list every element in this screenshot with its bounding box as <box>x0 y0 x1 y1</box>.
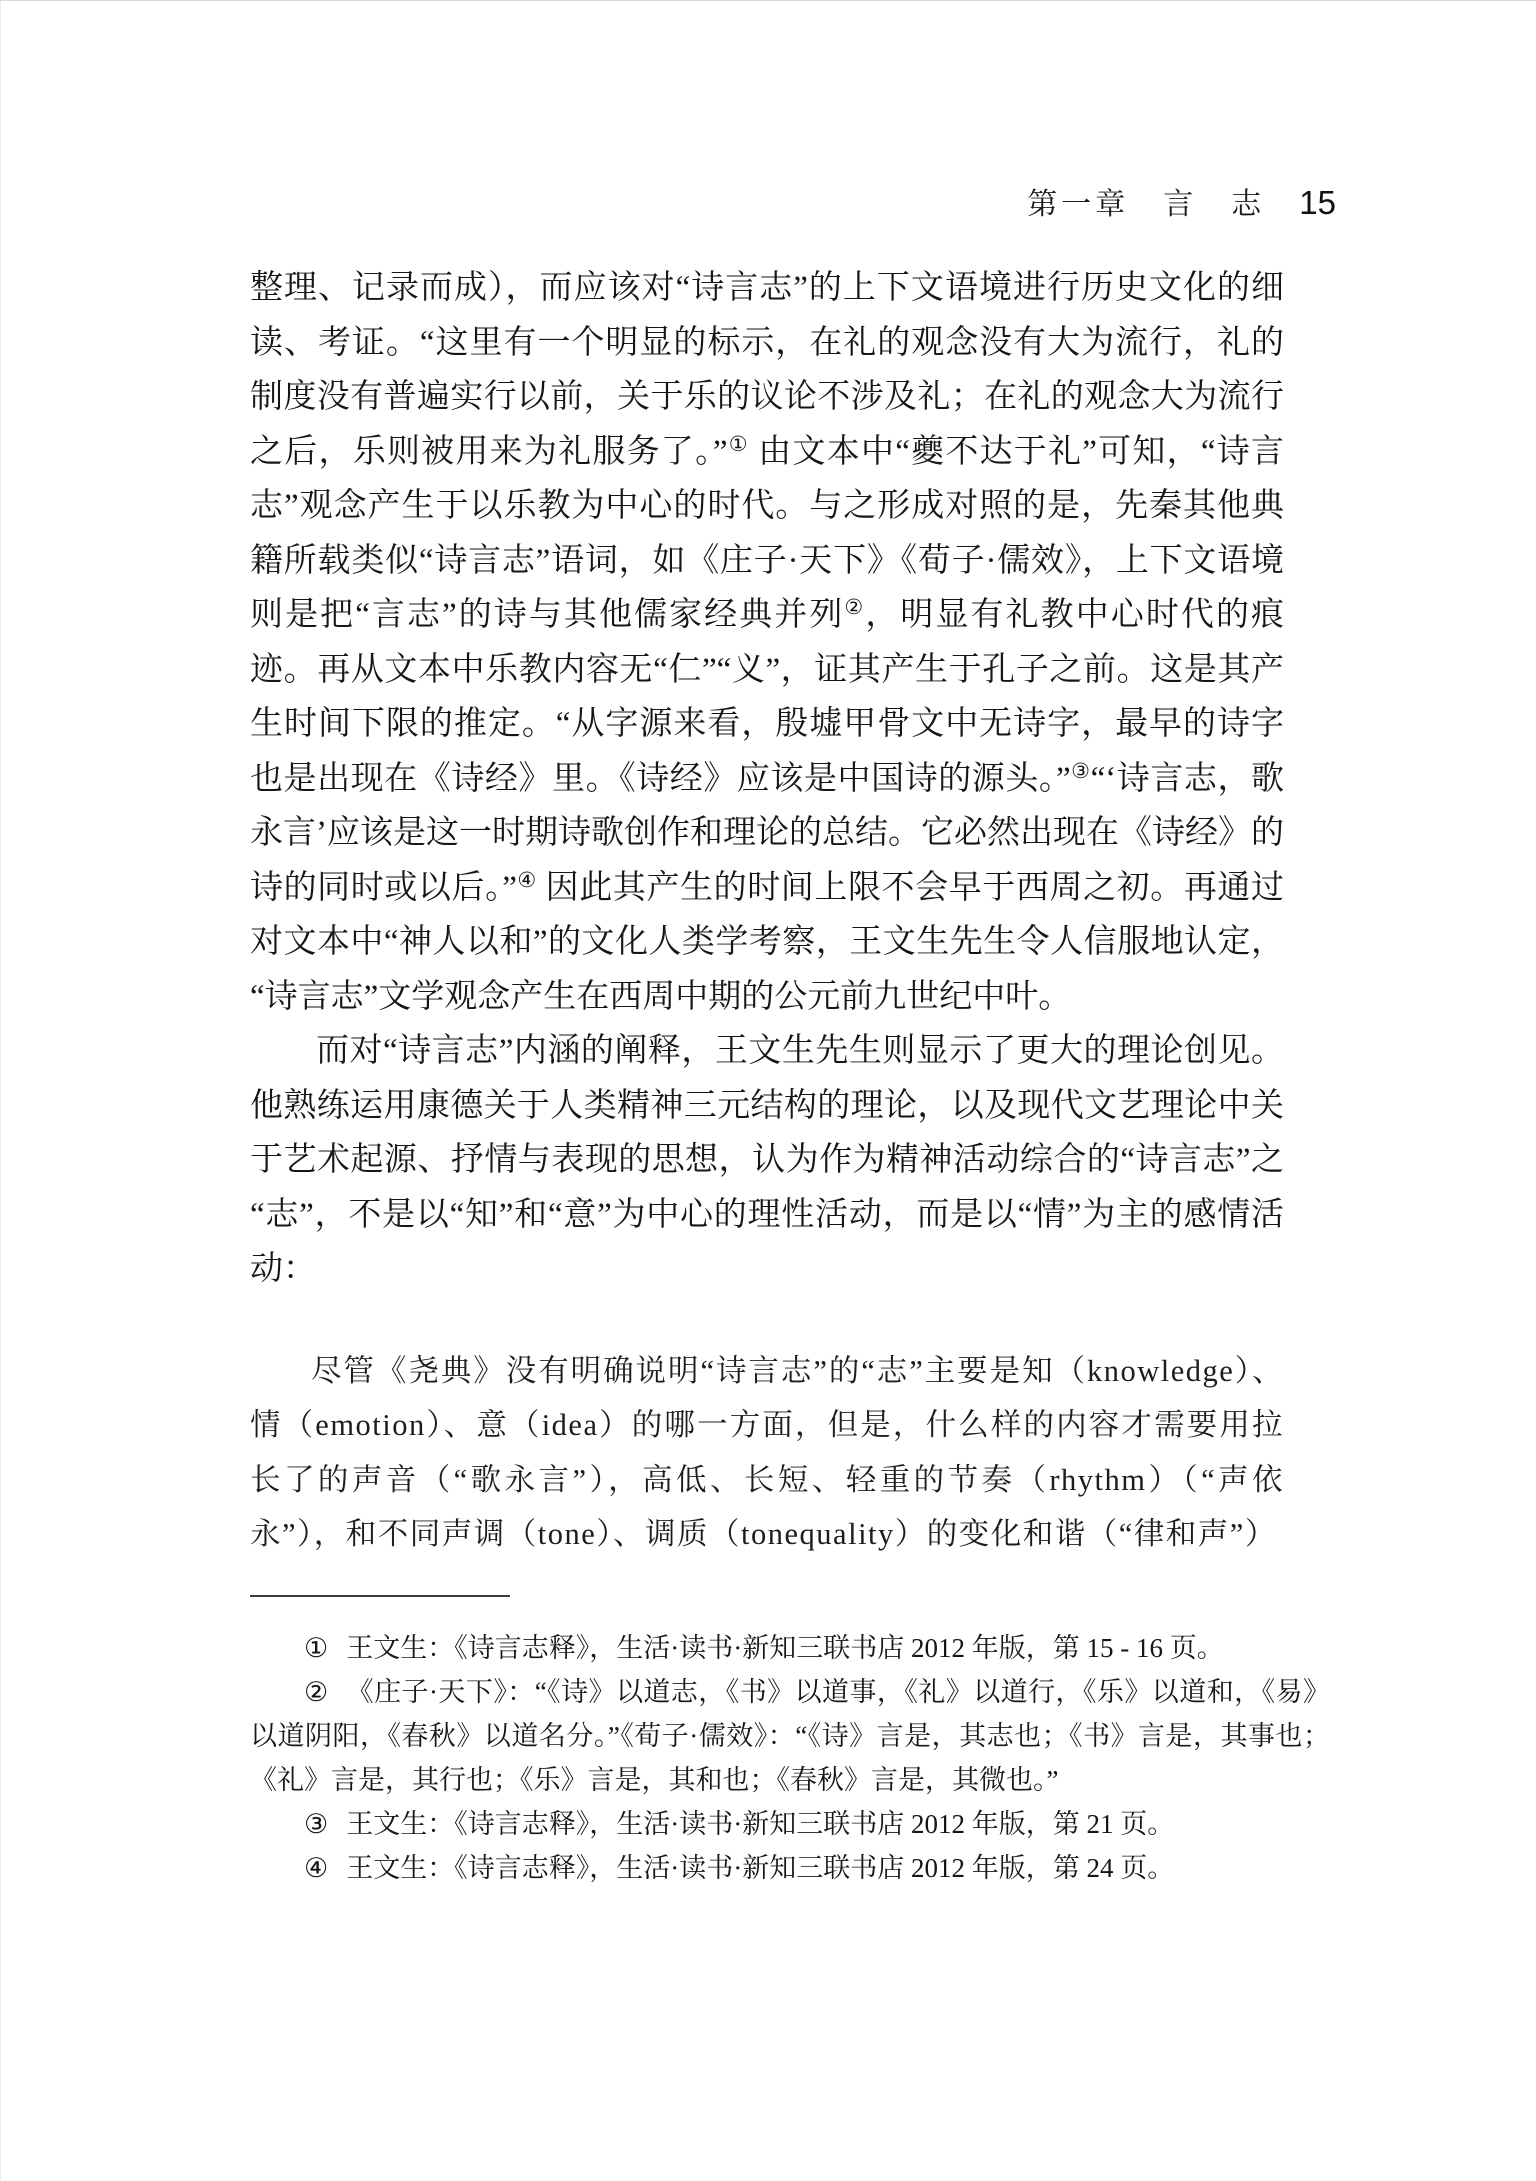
body-paragraphs: 整理、记录而成），而应该对“诗言志”的上下文语境进行历史文化的细读、考证。“这里… <box>250 261 1284 1297</box>
paragraph-text: 而对“诗言志”内涵的阐释，王文生先生则显示了更大的理论创见。他熟练运用康德关于人… <box>250 1033 1284 1287</box>
footnote-ref: ③ <box>1071 759 1091 783</box>
block-quote: 尽管《尧典》没有明确说明“诗言志”的“志”主要是知（knowledge）、情（e… <box>250 1344 1284 1562</box>
body-paragraph: 而对“诗言志”内涵的阐释，王文生先生则显示了更大的理论创见。他熟练运用康德关于人… <box>250 1024 1284 1297</box>
footnote-item: ④王文生：《诗言志释》，生活·读书·新知三联书店 2012 年版，第 24 页。 <box>250 1846 1330 1890</box>
footnote-marker: ① <box>304 1633 328 1663</box>
chapter-title: 第一章 言 志 <box>1027 179 1265 223</box>
footnote-item: ②《庄子·天下》：“《诗》以道志，《书》以道事，《礼》以道行，《乐》以道和，《易… <box>250 1670 1330 1802</box>
running-head: 第一章 言 志 15 <box>1027 179 1336 223</box>
footnote-text: 王文生：《诗言志释》，生活·读书·新知三联书店 2012 年版，第 21 页。 <box>346 1809 1174 1839</box>
footnote-text: 《庄子·天下》：“《诗》以道志，《书》以道事，《礼》以道行，《乐》以道和，《易》… <box>250 1677 1330 1795</box>
footnote-text: 王文生：《诗言志释》，生活·读书·新知三联书店 2012 年版，第 24 页。 <box>346 1853 1174 1883</box>
footnote-item: ①王文生：《诗言志释》，生活·读书·新知三联书店 2012 年版，第 15 - … <box>250 1626 1330 1670</box>
footnote-ref: ④ <box>517 868 537 892</box>
footnote-marker: ④ <box>304 1853 328 1883</box>
page-number: 15 <box>1299 184 1336 222</box>
footnote-text: 王文生：《诗言志释》，生活·读书·新知三联书店 2012 年版，第 15 - 1… <box>346 1633 1223 1663</box>
footnote-separator-rule <box>250 1595 510 1597</box>
book-page: { "page": { "header": { "chapter_title":… <box>0 0 1536 2181</box>
footnote-ref: ① <box>727 432 748 456</box>
footnote-ref: ② <box>844 595 865 619</box>
footnote-marker: ② <box>304 1677 329 1707</box>
text-column: 整理、记录而成），而应该对“诗言志”的上下文语境进行历史文化的细读、考证。“这里… <box>250 261 1284 1890</box>
footnotes: ①王文生：《诗言志释》，生活·读书·新知三联书店 2012 年版，第 15 - … <box>250 1626 1330 1890</box>
body-paragraph: 整理、记录而成），而应该对“诗言志”的上下文语境进行历史文化的细读、考证。“这里… <box>250 261 1284 1024</box>
footnote-item: ③王文生：《诗言志释》，生活·读书·新知三联书店 2012 年版，第 21 页。 <box>250 1802 1330 1846</box>
page-edge-shadow <box>0 1 1 2181</box>
footnote-marker: ③ <box>304 1809 328 1839</box>
